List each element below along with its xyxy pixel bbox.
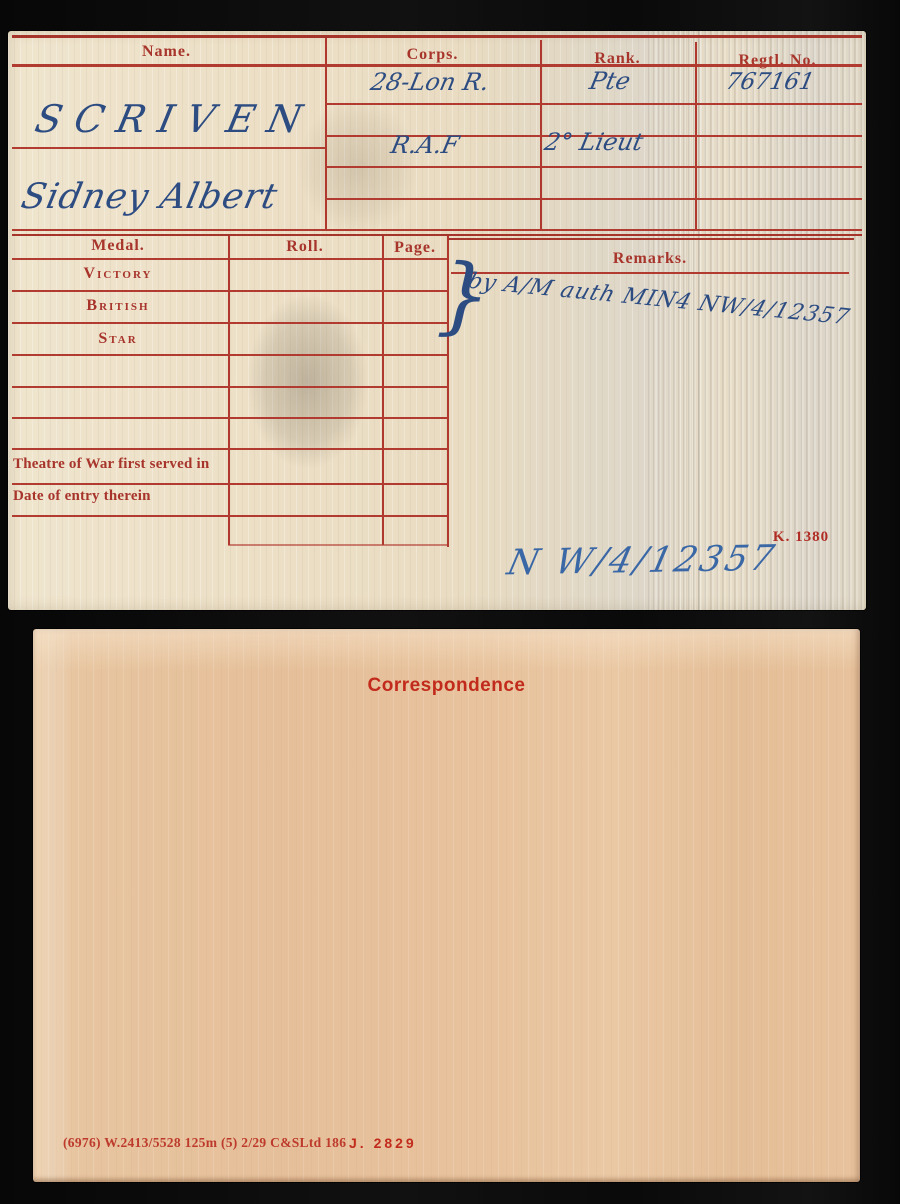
rule-medal-row <box>12 448 448 450</box>
regtl-no-column-label: Regtl. No. <box>695 52 860 70</box>
rule-medal-row <box>12 354 448 356</box>
rule-service-row <box>325 103 862 105</box>
corps-entry-2: R.A.F <box>322 131 528 159</box>
rule-section-boundary <box>12 234 862 236</box>
divider-roll-page <box>382 236 384 545</box>
fingerprint-smudge <box>230 269 385 494</box>
correspondence-title: Correspondence <box>33 675 860 697</box>
rule-medal-row <box>12 515 448 517</box>
medal-british-label: British <box>38 297 198 315</box>
rule-medal-row <box>12 290 448 292</box>
rank-entry-2: 2° Lieut <box>542 128 646 156</box>
rule-medal-row <box>12 322 448 324</box>
front-card: Name. Corps. Rank. Regtl. No. SCRIVEN Si… <box>8 31 866 610</box>
scan-striation-band <box>648 31 702 610</box>
back-card: Correspondence (6976) W.2413/5528 125m (… <box>33 629 860 1182</box>
regtl-no-entry-1: 767161 <box>692 69 848 95</box>
rule-service-row <box>325 198 862 200</box>
remarks-handwriting: by A/M auth MIN4 NW/4/12357 <box>464 269 853 330</box>
rule-section-boundary <box>12 229 862 231</box>
date-of-entry-label: Date of entry therein <box>13 488 243 505</box>
rule-top-border <box>12 35 862 38</box>
name-column-label: Name. <box>8 43 325 61</box>
medal-column-label: Medal. <box>8 237 228 255</box>
rule-header-underline <box>12 64 862 67</box>
forenames-handwriting: Sidney Albert <box>18 177 282 217</box>
theatre-of-war-label: Theatre of War first served in <box>13 456 243 473</box>
scanned-medal-card-page: Name. Corps. Rank. Regtl. No. SCRIVEN Si… <box>0 0 900 1204</box>
medal-star-label: Star <box>38 330 198 348</box>
medal-victory-label: Victory <box>38 265 198 283</box>
rule-medal-row <box>12 386 448 388</box>
rule-medal-row <box>12 417 448 419</box>
rule-medal-row <box>12 483 448 485</box>
rule-service-row <box>325 166 862 168</box>
printer-code: (6976) W.2413/5528 125m (5) 2/29 C&SLtd … <box>63 1135 346 1151</box>
surname-handwriting: SCRIVEN <box>31 97 319 141</box>
rule-remarks-top <box>449 238 854 240</box>
remarks-column-label: Remarks. <box>447 250 853 268</box>
rank-entry-1: Pte <box>537 67 683 95</box>
job-number: J. 2829 <box>349 1135 417 1151</box>
roll-column-label: Roll. <box>228 238 382 256</box>
corps-entry-1: 28-Lon R. <box>322 68 538 96</box>
corps-column-label: Corps. <box>325 46 540 64</box>
rule-surname-underline <box>12 147 325 149</box>
reference-number-handwriting: N W/4/12357 <box>503 539 780 584</box>
rule-medal-row <box>228 544 448 546</box>
